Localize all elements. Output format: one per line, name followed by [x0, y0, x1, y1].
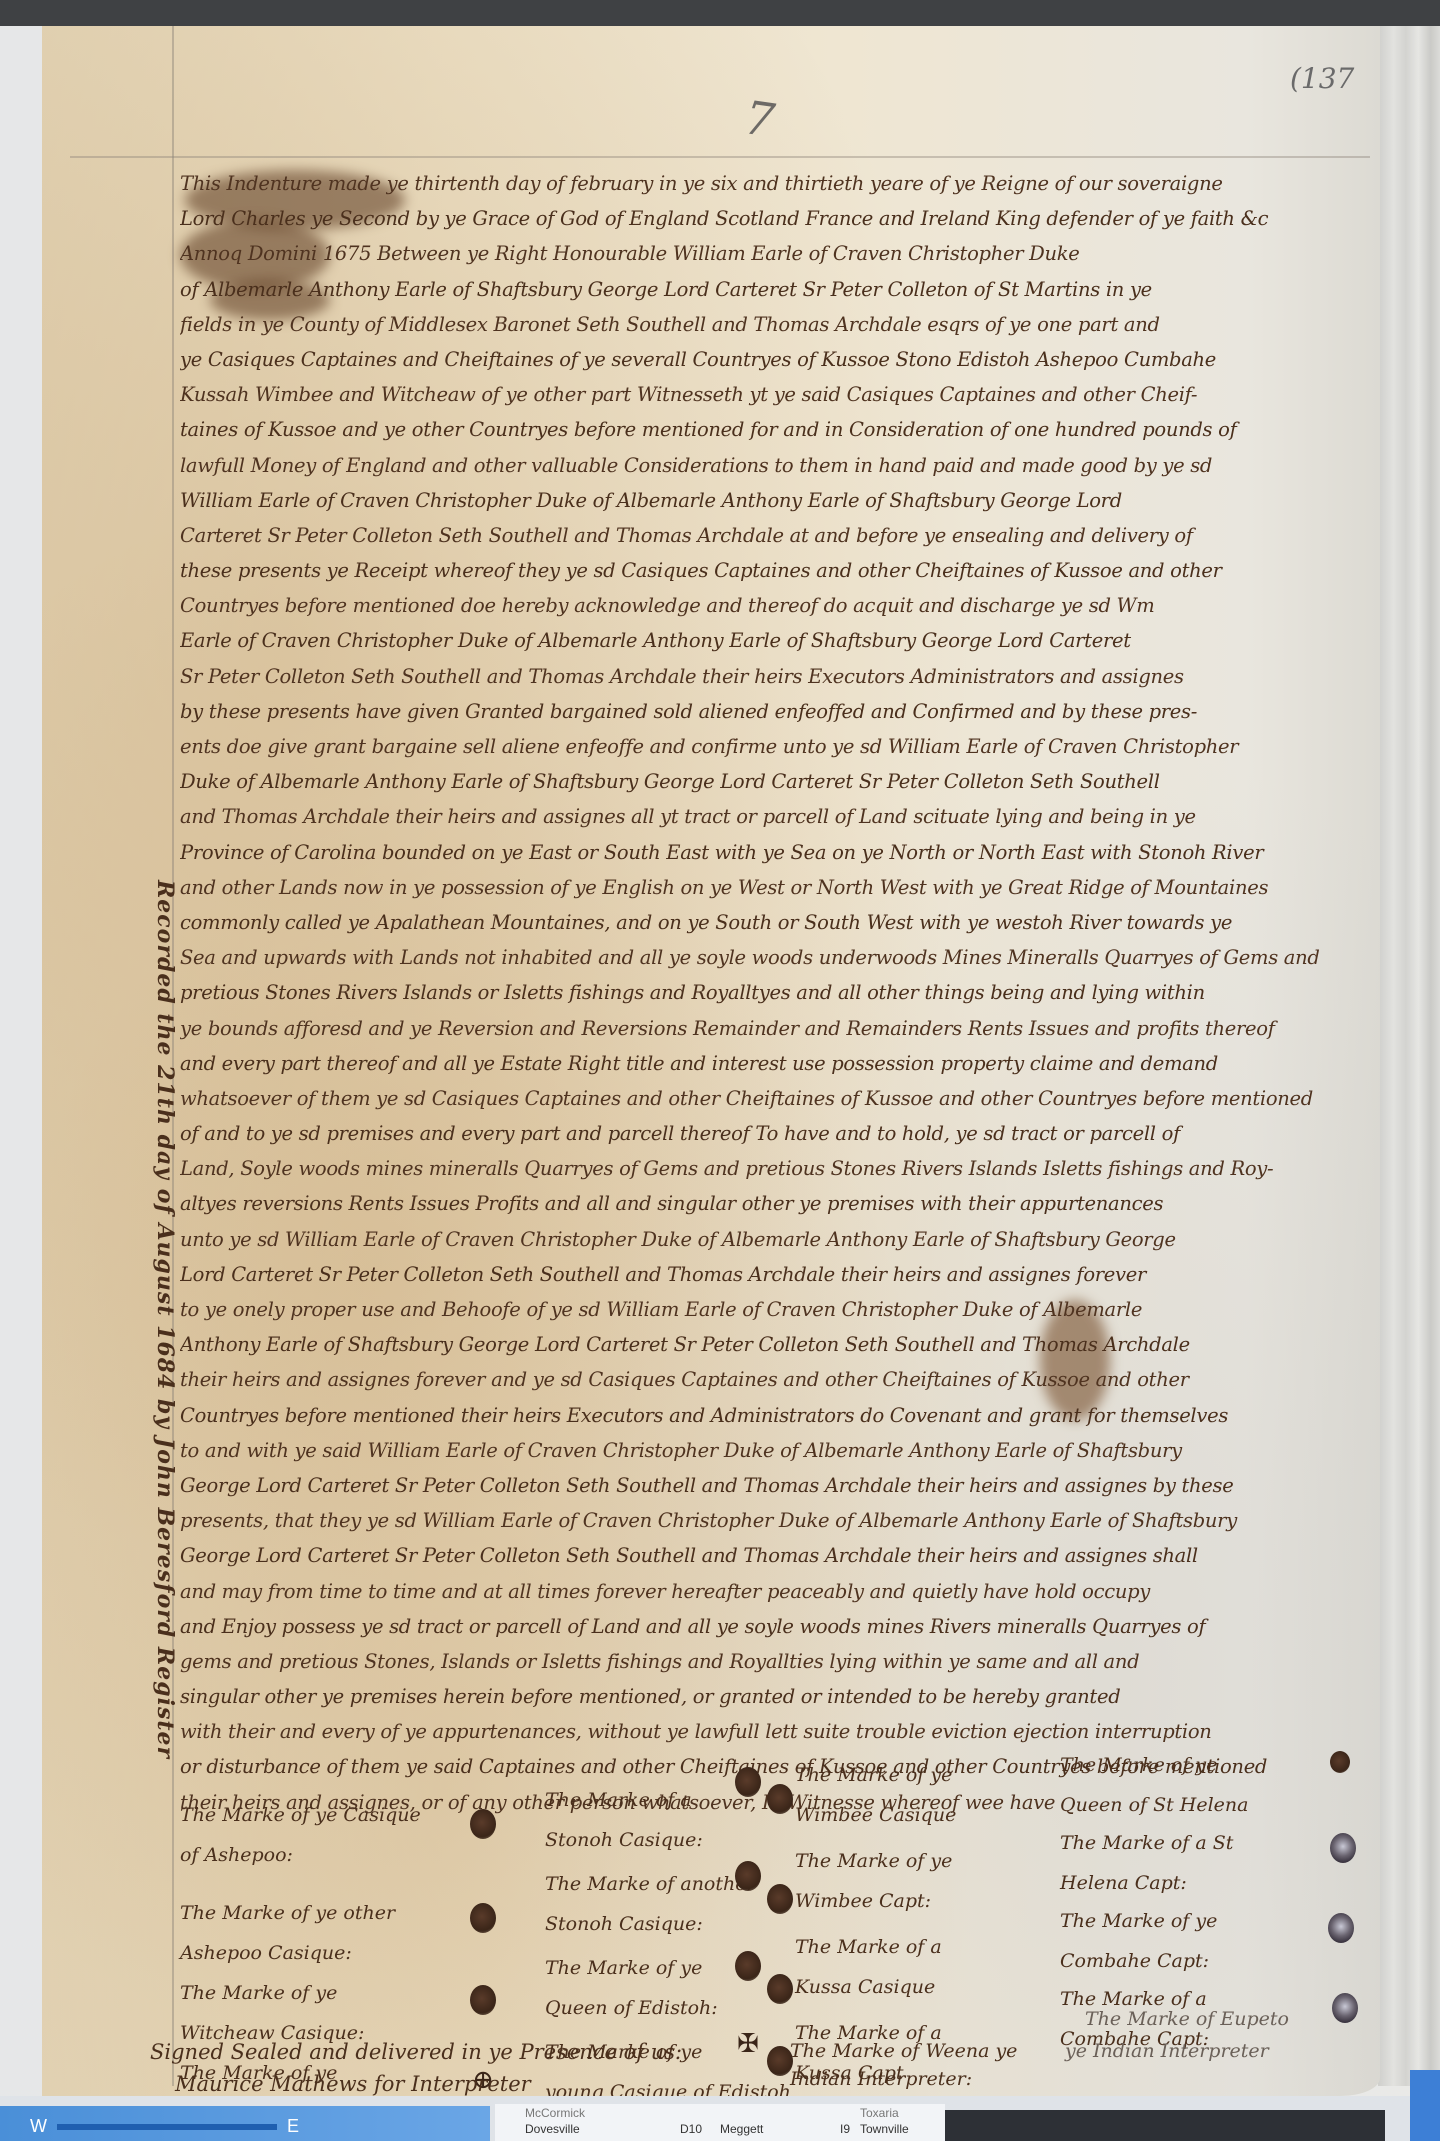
wax-seal-icon	[470, 1985, 496, 2015]
text-line: Province of Carolina bounded on ye East …	[180, 835, 1380, 870]
index-cell: Meggett	[720, 2122, 763, 2136]
text-line: lawfull Money of England and other vallu…	[180, 448, 1380, 483]
text-line: gems and pretious Stones, Islands or Isl…	[180, 1644, 1380, 1679]
witness-interpreter: Maurice Mathews for Interpreter	[175, 2072, 531, 2096]
text-line: Lord Carteret Sr Peter Colleton Seth Sou…	[180, 1257, 1380, 1292]
page-number: (137	[1290, 62, 1354, 95]
index-cell: Toxaria	[860, 2106, 899, 2120]
signature-mark: The Marke of ye Queen of Edistoh:	[545, 1948, 805, 2032]
text-line: Duke of Albemarle Anthony Earle of Shaft…	[180, 764, 1380, 799]
wax-seal-icon	[767, 1784, 793, 1814]
text-line: unto ye sd William Earle of Craven Chris…	[180, 1222, 1380, 1257]
text-line: fields in ye County of Middlesex Baronet…	[180, 307, 1380, 342]
text-line: and may from time to time and at all tim…	[180, 1574, 1380, 1609]
map-index-table: McCormick Dovesville D10 Meggett I9 Town…	[495, 2104, 945, 2141]
index-cell: Townville	[860, 2122, 909, 2136]
signature-line: Queen of St Helena	[1060, 1785, 1380, 1825]
text-line: presents, that they ye sd William Earle …	[180, 1503, 1380, 1538]
indian-interpreter-mark-1: The Marke of Weena ye	[790, 2040, 1017, 2062]
index-cell: McCormick	[525, 2106, 585, 2120]
text-line: singular other ye premises herein before…	[180, 1679, 1380, 1714]
indian-interpreter-mark-1-title: Indian Interpreter:	[790, 2068, 972, 2090]
text-line: pretious Stones Rivers Islands or Islett…	[180, 975, 1380, 1010]
text-line: to ye onely proper use and Behoofe of ye…	[180, 1292, 1380, 1327]
wax-seal-icon	[735, 1951, 761, 1981]
signature-mark: The Marke of ye other Ashepoo Casique:	[180, 1893, 500, 1973]
top-rule-line	[70, 156, 1370, 158]
wax-seal-icon	[1332, 1993, 1358, 2023]
text-line: Annoq Domini 1675 Between ye Right Honou…	[180, 236, 1380, 271]
compass-east-label: E	[287, 2116, 299, 2136]
book-page-edges	[1378, 26, 1440, 2086]
compass-west-label: W	[30, 2116, 47, 2136]
background-top-band	[0, 0, 1440, 26]
signature-mark: The Marke of a St Helena Capt:	[1060, 1823, 1380, 1901]
index-cell: I9	[840, 2122, 850, 2136]
background-blue-edge	[1410, 2070, 1440, 2141]
text-line: altyes reversions Rents Issues Profits a…	[180, 1186, 1380, 1221]
text-line: Earle of Craven Christopher Duke of Albe…	[180, 623, 1380, 658]
text-line: Lord Charles ye Second by ye Grace of Go…	[180, 201, 1380, 236]
text-line: Sea and upwards with Lands not inhabited…	[180, 940, 1380, 975]
signature-line: The Marke of ye Casique	[180, 1795, 500, 1835]
wax-seal-icon	[1330, 1833, 1356, 1863]
text-line: their heirs and assignes forever and ye …	[180, 1362, 1380, 1397]
wax-seal-icon	[470, 1903, 496, 1933]
wax-seal-icon	[735, 1861, 761, 1891]
text-line: Sr Peter Colleton Seth Southell and Thom…	[180, 659, 1380, 694]
text-line: these presents ye Receipt whereof they y…	[180, 553, 1380, 588]
signature-mark: The Marke of a Kussa Casique	[795, 1927, 1035, 2013]
text-line: to and with ye said William Earle of Cra…	[180, 1433, 1380, 1468]
wax-seal-icon	[1328, 1913, 1354, 1943]
text-line: and other Lands now in ye possession of …	[180, 870, 1380, 905]
signature-line: of Ashepoo:	[180, 1835, 500, 1875]
witness-intro: Signed Sealed and delivered in ye Presen…	[150, 2040, 682, 2064]
text-line: commonly called ye Apalathean Mountaines…	[180, 905, 1380, 940]
signature-column-2: The Marke of a Stonoh Casique: The Marke…	[545, 1780, 805, 2116]
background-dark-panel	[945, 2110, 1385, 2141]
text-line: Countryes before mentioned their heirs E…	[180, 1398, 1380, 1433]
text-line: Land, Soyle woods mines mineralls Quarry…	[180, 1151, 1380, 1186]
cross-mark-icon: ✠	[735, 2029, 761, 2059]
signature-line: Combahe Capt:	[1060, 1941, 1380, 1981]
signature-line: The Marke of ye	[545, 1948, 805, 1988]
index-cell: D10	[680, 2122, 702, 2136]
signature-mark: The Marke of a Stonoh Casique:	[545, 1780, 805, 1864]
text-line: and every part thereof and all ye Estate…	[180, 1046, 1380, 1081]
background-left-strip	[0, 26, 42, 2141]
text-line: Kussah Wimbee and Witcheaw of ye other p…	[180, 377, 1380, 412]
signature-line: Wimbee Capt:	[795, 1881, 1035, 1921]
text-line: ents doe give grant bargaine sell aliene…	[180, 729, 1380, 764]
wax-seal-icon	[1330, 1751, 1350, 1773]
signature-mark: The Marke of ye Wimbee Casique	[795, 1755, 1035, 1841]
wax-seal-icon	[767, 1974, 793, 2004]
signature-line: The Marke of ye	[795, 1841, 1035, 1881]
wax-seal-icon	[470, 1809, 496, 1839]
signature-mark: The Marke of another Stonoh Casique:	[545, 1864, 805, 1948]
text-line: ye Casiques Captaines and Cheiftaines of…	[180, 342, 1380, 377]
signature-mark: The Marke of ye Casique of Ashepoo:	[180, 1795, 500, 1893]
indian-interpreter-mark-2-title: ye Indian Interpreter	[1065, 2040, 1269, 2062]
signature-line: Ashepoo Casique:	[180, 1933, 500, 1973]
text-line: and Enjoy possess ye sd tract or parcell…	[180, 1609, 1380, 1644]
signature-line: Kussa Casique	[795, 1967, 1035, 2007]
signature-line: Helena Capt:	[1060, 1863, 1380, 1903]
recording-margin-note: Recorded the 21th day of August 1684 by …	[138, 880, 178, 1830]
wax-seal-icon	[735, 1767, 761, 1797]
text-line: George Lord Carteret Sr Peter Colleton S…	[180, 1468, 1380, 1503]
text-line: William Earle of Craven Christopher Duke…	[180, 483, 1380, 518]
signature-line: Stonoh Casique:	[545, 1820, 805, 1860]
text-line: by these presents have given Granted bar…	[180, 694, 1380, 729]
signature-line: Wimbee Casique	[795, 1795, 1035, 1835]
text-line: George Lord Carteret Sr Peter Colleton S…	[180, 1538, 1380, 1573]
signature-line: Queen of Edistoh:	[545, 1988, 805, 2028]
index-cell: Dovesville	[525, 2122, 580, 2136]
signature-line: The Marke of a	[545, 1780, 805, 1820]
text-line: taines of Kussoe and ye other Countryes …	[180, 412, 1380, 447]
signature-line: Stonoh Casique:	[545, 1904, 805, 1944]
compass-rose: WE	[30, 2116, 299, 2137]
text-line: of and to ye sd premises and every part …	[180, 1116, 1380, 1151]
signature-line: The Marke of a	[795, 1927, 1035, 1967]
compass-arrow-icon	[57, 2124, 277, 2130]
text-line: ye bounds afforesd and ye Reversion and …	[180, 1011, 1380, 1046]
signature-line: The Marke of ye	[795, 1755, 1035, 1795]
indian-interpreter-mark-2: The Marke of Eupeto	[1085, 2008, 1289, 2030]
text-line: Countryes before mentioned doe hereby ac…	[180, 588, 1380, 623]
text-line: Anthony Earle of Shaftsbury George Lord …	[180, 1327, 1380, 1362]
text-line: Carteret Sr Peter Colleton Seth Southell…	[180, 518, 1380, 553]
signature-mark: The Marke of ye Queen of St Helena	[1060, 1745, 1380, 1823]
signature-mark: The Marke of ye Combahe Capt:	[1060, 1901, 1380, 1979]
signature-line: The Marke of ye other	[180, 1893, 500, 1933]
text-line: This Indenture made ye thirtenth day of …	[180, 166, 1380, 201]
text-line: of Albemarle Anthony Earle of Shaftsbury…	[180, 272, 1380, 307]
wax-seal-icon	[767, 1884, 793, 1914]
signature-line: The Marke of another	[545, 1864, 805, 1904]
signature-line: The Marke of ye	[180, 1973, 500, 2013]
text-line: whatsoever of them ye sd Casiques Captai…	[180, 1081, 1380, 1116]
deed-body-text: This Indenture made ye thirtenth day of …	[180, 166, 1380, 1820]
text-line: and Thomas Archdale their heirs and assi…	[180, 799, 1380, 834]
signature-mark: The Marke of ye Wimbee Capt:	[795, 1841, 1035, 1927]
